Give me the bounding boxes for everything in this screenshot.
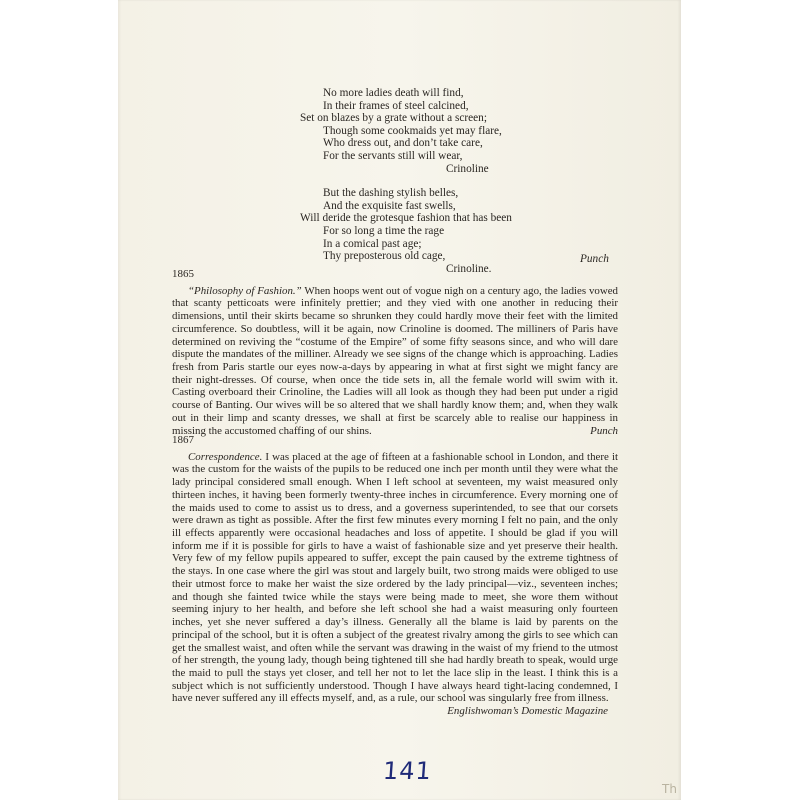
poem-line: Will deride the grotesque fashion that h…: [300, 212, 512, 225]
poem-line: In a comical past age;: [300, 238, 512, 251]
poem-line: Who dress out, and don’t take care,: [300, 137, 512, 150]
section-year: 1865: [172, 268, 618, 281]
poem-line: Though some cookmaids yet may flare,: [300, 125, 512, 138]
poem-line: Thy preposterous old cage,: [300, 250, 512, 263]
corner-pencil-mark: Th: [662, 782, 677, 796]
section-year: 1867: [172, 434, 618, 447]
section-1865: 1865 “Philosophy of Fashion.” When hoops…: [172, 268, 618, 437]
poem-line: For the servants still will wear,: [300, 150, 512, 163]
section-paragraph: “Philosophy of Fashion.” When hoops went…: [172, 285, 618, 438]
section-paragraph: Correspondence. I was placed at the age …: [172, 451, 618, 705]
poem-line: For so long a time the rage: [300, 225, 512, 238]
poem-stanza: No more ladies death will find,In their …: [300, 87, 512, 175]
poem-refrain: Crinoline: [300, 163, 512, 176]
poem-line: No more ladies death will find,: [300, 87, 512, 100]
section-source: Englishwoman’s Domestic Magazine: [172, 705, 618, 718]
section-body: I was placed at the age of fifteen at a …: [172, 451, 618, 705]
section-title: “Philosophy of Fashion.”: [188, 285, 302, 297]
handwritten-page-number: 141: [382, 757, 433, 785]
poem-stanza: But the dashing stylish belles,And the e…: [300, 187, 512, 275]
poem-source: Punch: [580, 253, 609, 265]
crinoline-poem: No more ladies death will find,In their …: [300, 87, 512, 287]
poem-line: But the dashing stylish belles,: [300, 187, 512, 200]
poem-line: In their frames of steel calcined,: [300, 100, 512, 113]
poem-line: And the exquisite fast swells,: [300, 200, 512, 213]
section-body: When hoops went out of vogue nigh on a c…: [172, 285, 618, 437]
poem-line: Set on blazes by a grate without a scree…: [300, 112, 512, 125]
section-title: Correspondence.: [188, 451, 262, 463]
section-1867: 1867 Correspondence. I was placed at the…: [172, 434, 618, 718]
